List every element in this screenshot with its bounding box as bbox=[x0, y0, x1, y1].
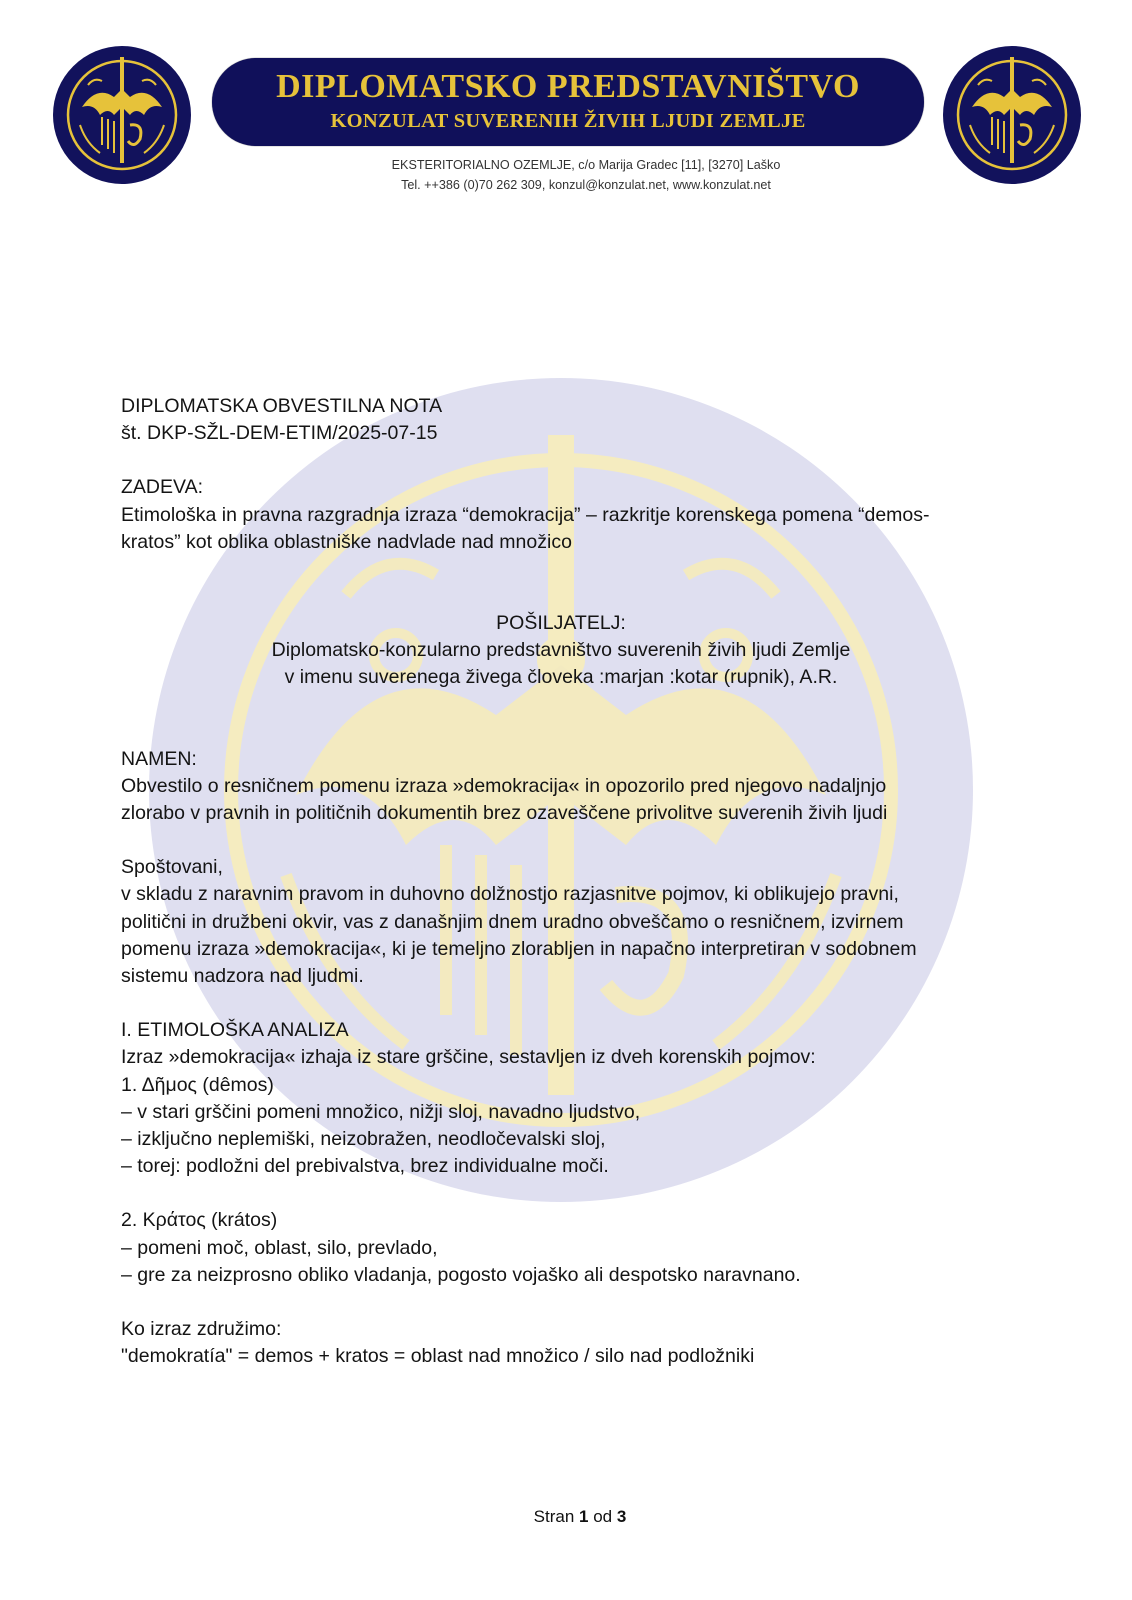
purpose-text: Obvestilo o resničnem pomenu izraza »dem… bbox=[121, 773, 1021, 800]
intro-text: pomenu izraza »demokracija«, ki je temel… bbox=[121, 936, 1021, 963]
term-heading: 2. Κράτος (krátos) bbox=[121, 1207, 1021, 1234]
document-type: DIPLOMATSKA OBVESTILNA NOTA bbox=[121, 393, 1021, 420]
page-prefix: Stran bbox=[534, 1507, 575, 1526]
term-point: – v stari grščini pomeni množico, nižji … bbox=[121, 1099, 1021, 1126]
letterhead-contact: Tel. ++386 (0)70 262 309, konzul@konzula… bbox=[0, 178, 1132, 192]
sender-label: POŠILJATELJ: bbox=[121, 610, 1021, 637]
combine-label: Ko izraz združimo: bbox=[121, 1316, 1021, 1343]
subject-text: kratos” kot oblika oblastniške nadvlade … bbox=[121, 529, 1021, 556]
document-body: DIPLOMATSKA OBVESTILNA NOTA št. DKP-SŽL-… bbox=[121, 393, 1021, 1370]
page-current: 1 bbox=[579, 1507, 588, 1526]
intro-text: politični in družbeni okvir, vas z današ… bbox=[121, 909, 1021, 936]
purpose-label: NAMEN: bbox=[121, 746, 1021, 773]
term-point: – gre za neizprosno obliko vladanja, pog… bbox=[121, 1262, 1021, 1289]
section-heading: I. ETIMOLOŠKA ANALIZA bbox=[121, 1017, 1021, 1044]
section-intro: Izraz »demokracija« izhaja iz stare gršč… bbox=[121, 1044, 1021, 1071]
letterhead-subtitle: KONZULAT SUVERENIH ŽIVIH LJUDI ZEMLJE bbox=[212, 108, 924, 134]
subject-label: ZADEVA: bbox=[121, 474, 1021, 501]
term-point: – torej: podložni del prebivalstva, brez… bbox=[121, 1153, 1021, 1180]
letterhead-banner: DIPLOMATSKO PREDSTAVNIŠTVO KONZULAT SUVE… bbox=[212, 58, 924, 146]
term-heading: 1. Δῆμος (dêmos) bbox=[121, 1072, 1021, 1099]
intro-text: sistemu nadzora nad ljudmi. bbox=[121, 963, 1021, 990]
sender-text: Diplomatsko-konzularno predstavništvo su… bbox=[121, 637, 1021, 664]
subject-text: Etimološka in pravna razgradnja izraza “… bbox=[121, 502, 1021, 529]
combine-formula: "demokratía" = demos + kratos = oblast n… bbox=[121, 1343, 1021, 1370]
page-number: Stran 1 od 3 bbox=[0, 1507, 1132, 1527]
page-total: 3 bbox=[617, 1507, 626, 1526]
document-number: št. DKP-SŽL-DEM-ETIM/2025-07-15 bbox=[121, 420, 1021, 447]
letterhead-title: DIPLOMATSKO PREDSTAVNIŠTVO bbox=[212, 68, 924, 106]
term-point: – pomeni moč, oblast, silo, prevlado, bbox=[121, 1235, 1021, 1262]
sender-text: v imenu suverenega živega človeka :marja… bbox=[121, 664, 1021, 691]
page-separator: od bbox=[593, 1507, 612, 1526]
letterhead-address: EKSTERITORIALNO OZEMLJE, c/o Marija Grad… bbox=[0, 158, 1132, 172]
purpose-text: zlorabo v pravnih in političnih dokument… bbox=[121, 800, 1021, 827]
intro-text: v skladu z naravnim pravom in duhovno do… bbox=[121, 881, 1021, 908]
greeting: Spoštovani, bbox=[121, 854, 1021, 881]
term-point: – izključno neplemiški, neizobražen, neo… bbox=[121, 1126, 1021, 1153]
